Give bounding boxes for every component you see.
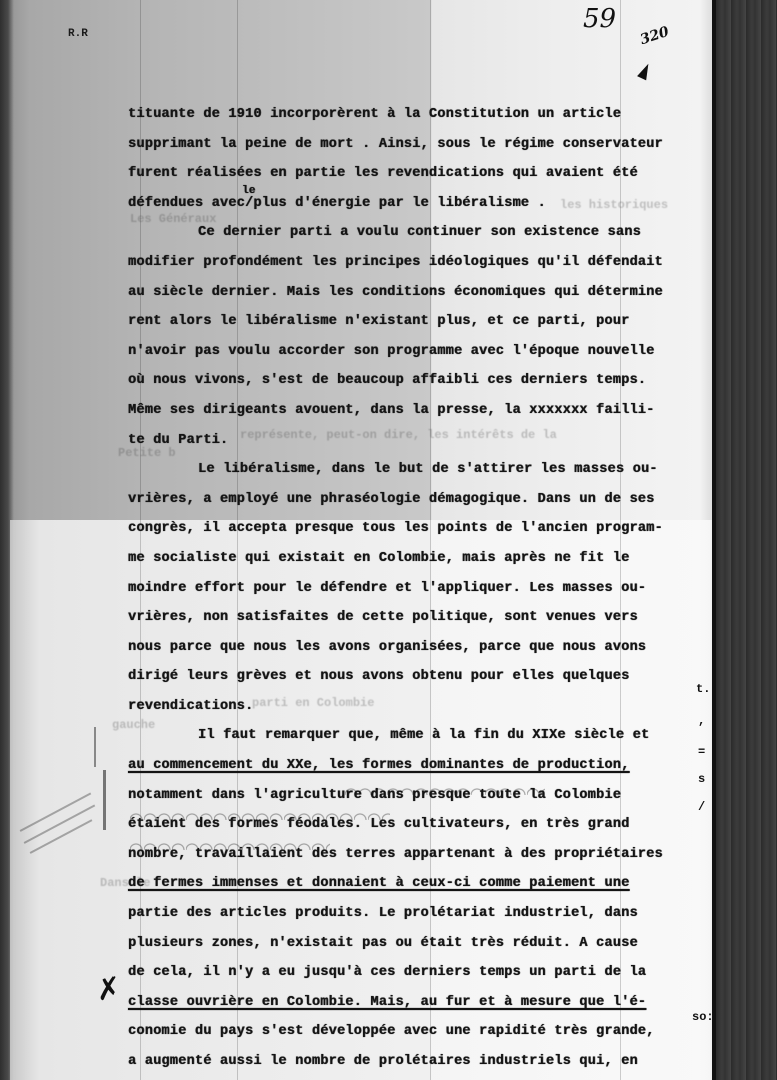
line-text: congrès, il accepta presque tous les poi…	[128, 521, 663, 536]
line-text: Ce dernier parti a voulu continuer son e…	[198, 225, 641, 240]
line-text: Le libéralisme, dans le but de s'attirer…	[198, 462, 658, 477]
typewritten-body: tituante de 1910 incorporèrent à la Cons…	[128, 100, 708, 1077]
text-line: de fermes immenses et donnaient à ceux-c…	[128, 869, 708, 899]
line-text: plusieurs zones, n'existait pas ou était…	[128, 936, 638, 951]
text-line: Il faut remarquer que, même à la fin du …	[128, 721, 708, 751]
margin-bracket-mark	[94, 727, 96, 767]
text-line: rent alors le libéralisme n'existant plu…	[128, 307, 708, 337]
text-line: n'avoir pas voulu accorder son programme…	[128, 337, 708, 367]
text-line: au siècle dernier. Mais les conditions é…	[128, 278, 708, 308]
text-line: vrières, non satisfaites de cette politi…	[128, 603, 708, 633]
text-line: Ce dernier parti a voulu continuer son e…	[128, 218, 708, 248]
corner-mark: R.R	[68, 28, 88, 40]
text-line: Le libéralisme, dans le but de s'attirer…	[128, 455, 708, 485]
text-line: notamment dans l'agriculture dans presqu…	[128, 781, 708, 811]
line-text: nombre, travaillaient des terres apparte…	[128, 847, 663, 862]
margin-bracket-mark	[103, 770, 106, 830]
line-text: vrières, a employé une phraséologie déma…	[128, 492, 655, 507]
line-text: conomie du pays s'est développée avec un…	[128, 1024, 655, 1039]
text-line: de cela, il n'y a eu jusqu'à ces dernier…	[128, 958, 708, 988]
line-text: partie des articles produits. Le proléta…	[128, 906, 638, 921]
line-text: moindre effort pour le défendre et l'app…	[128, 581, 646, 596]
line-text: classe ouvrière en Colombie. Mais, au fu…	[128, 995, 646, 1010]
line-text: au siècle dernier. Mais les conditions é…	[128, 285, 663, 300]
text-line: vrières, a employé une phraséologie déma…	[128, 485, 708, 515]
line-text: de fermes immenses et donnaient à ceux-c…	[128, 876, 629, 891]
line-text: tituante de 1910 incorporèrent à la Cons…	[128, 107, 621, 122]
text-line: a augmenté aussi le nombre de prolétaire…	[128, 1047, 708, 1077]
text-line: au commencement du XXe, les formes domin…	[128, 751, 708, 781]
text-line: nombre, travaillaient des terres apparte…	[128, 840, 708, 870]
asterisk-margin-mark-icon: ✗	[94, 970, 124, 1008]
text-line: plusieurs zones, n'existait pas ou était…	[128, 929, 708, 959]
line-text: te du Parti.	[128, 433, 228, 448]
text-line: nous parce que nous les avons organisées…	[128, 633, 708, 663]
line-text: Il faut remarquer que, même à la fin du …	[198, 728, 649, 743]
text-line: ledéfendues avec/plus d'énergie par le l…	[128, 189, 708, 219]
text-line: furent réalisées en partie les revendica…	[128, 159, 708, 189]
text-line: modifier profondément les principes idéo…	[128, 248, 708, 278]
text-line: tituante de 1910 incorporèrent à la Cons…	[128, 100, 708, 130]
text-line: te du Parti.	[128, 426, 708, 456]
line-text: a augmenté aussi le nombre de prolétaire…	[128, 1054, 638, 1069]
line-text: modifier profondément les principes idéo…	[128, 255, 663, 270]
text-line: Même ses dirigeants avouent, dans la pre…	[128, 396, 708, 426]
line-text: Même ses dirigeants avouent, dans la pre…	[128, 403, 655, 418]
text-line: classe ouvrière en Colombie. Mais, au fu…	[128, 988, 708, 1018]
text-line: moindre effort pour le défendre et l'app…	[128, 574, 708, 604]
text-line: me socialiste qui existait en Colombie, …	[128, 544, 708, 574]
line-text: de cela, il n'y a eu jusqu'à ces dernier…	[128, 965, 646, 980]
line-text: notamment dans l'agriculture dans presqu…	[128, 788, 621, 803]
text-line: dirigé leurs grèves et nous avons obtenu…	[128, 662, 708, 692]
text-line: où nous vivons, s'est de beaucoup affaib…	[128, 366, 708, 396]
line-text: où nous vivons, s'est de beaucoup affaib…	[128, 373, 646, 388]
line-text: étaient des formes féodales. Les cultiva…	[128, 817, 629, 832]
line-text: revendications.	[128, 699, 253, 714]
line-text: rent alors le libéralisme n'existant plu…	[128, 314, 629, 329]
line-text: nous parce que nous les avons organisées…	[128, 640, 646, 655]
handwritten-insertion: le	[242, 177, 256, 207]
text-line: supprimant la peine de mort . Ainsi, sou…	[128, 130, 708, 160]
text-line: partie des articles produits. Le proléta…	[128, 899, 708, 929]
line-text: défendues avec/plus d'énergie par le lib…	[128, 196, 546, 211]
text-line: étaient des formes féodales. Les cultiva…	[128, 810, 708, 840]
line-text: supprimant la peine de mort . Ainsi, sou…	[128, 137, 663, 152]
text-line: congrès, il accepta presque tous les poi…	[128, 514, 708, 544]
page-number: 59	[583, 4, 616, 34]
text-line: revendications.	[128, 692, 708, 722]
line-text: dirigé leurs grèves et nous avons obtenu…	[128, 669, 629, 684]
adjacent-page-strip	[716, 0, 777, 1080]
line-text: n'avoir pas voulu accorder son programme…	[128, 344, 655, 359]
line-text: vrières, non satisfaites de cette politi…	[128, 610, 638, 625]
line-text: furent réalisées en partie les revendica…	[128, 166, 638, 181]
line-text: me socialiste qui existait en Colombie, …	[128, 551, 629, 566]
text-line: conomie du pays s'est développée avec un…	[128, 1017, 708, 1047]
line-text: au commencement du XXe, les formes domin…	[128, 758, 629, 773]
